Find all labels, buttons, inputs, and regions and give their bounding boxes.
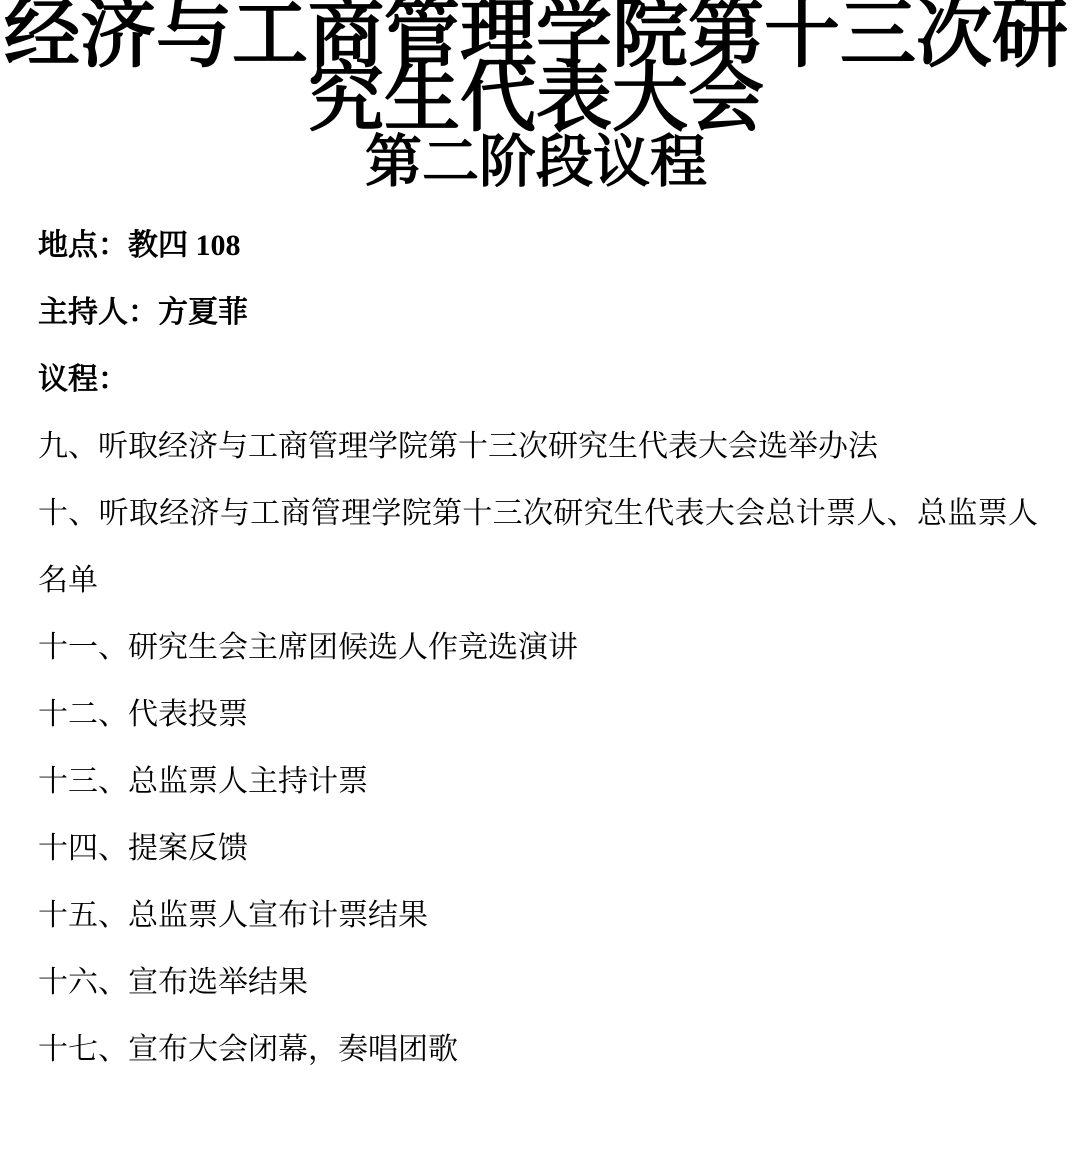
document-subtitle: 第二阶段议程 — [0, 130, 1072, 194]
document-title: 经济与工商管理学院第十三次研究生代表大会 — [0, 2, 1072, 130]
document-body: 地点：教四 108 主持人：方夏菲 议程： 九、听取经济与工商管理学院第十三次研… — [0, 194, 1072, 1083]
agenda-item-11: 十一、研究生会主席团候选人作竞选演讲 — [38, 614, 1038, 681]
agenda-heading-label: 议程： — [38, 362, 128, 397]
document-page: 经济与工商管理学院第十三次研究生代表大会 第二阶段议程 地点：教四 108 主持… — [0, 0, 1072, 1154]
agenda-heading: 议程： — [38, 346, 1038, 413]
location-value: 教四 108 — [128, 229, 241, 262]
agenda-item-17: 十七、宣布大会闭幕，奏唱团歌 — [38, 1016, 1038, 1083]
location-line: 地点：教四 108 — [38, 212, 1038, 279]
agenda-item-9: 九、听取经济与工商管理学院第十三次研究生代表大会选举办法 — [38, 413, 1038, 480]
agenda-item-16: 十六、宣布选举结果 — [38, 949, 1038, 1016]
host-label: 主持人： — [38, 295, 158, 330]
agenda-item-13: 十三、总监票人主持计票 — [38, 748, 1038, 815]
document-header: 经济与工商管理学院第十三次研究生代表大会 第二阶段议程 — [0, 0, 1072, 194]
agenda-item-14: 十四、提案反馈 — [38, 815, 1038, 882]
host-line: 主持人：方夏菲 — [38, 279, 1038, 346]
agenda-item-15: 十五、总监票人宣布计票结果 — [38, 882, 1038, 949]
agenda-item-10: 十、听取经济与工商管理学院第十三次研究生代表大会总计票人、总监票人名单 — [38, 480, 1038, 614]
host-value: 方夏菲 — [158, 296, 248, 329]
location-label: 地点： — [38, 228, 128, 263]
agenda-item-12: 十二、代表投票 — [38, 681, 1038, 748]
